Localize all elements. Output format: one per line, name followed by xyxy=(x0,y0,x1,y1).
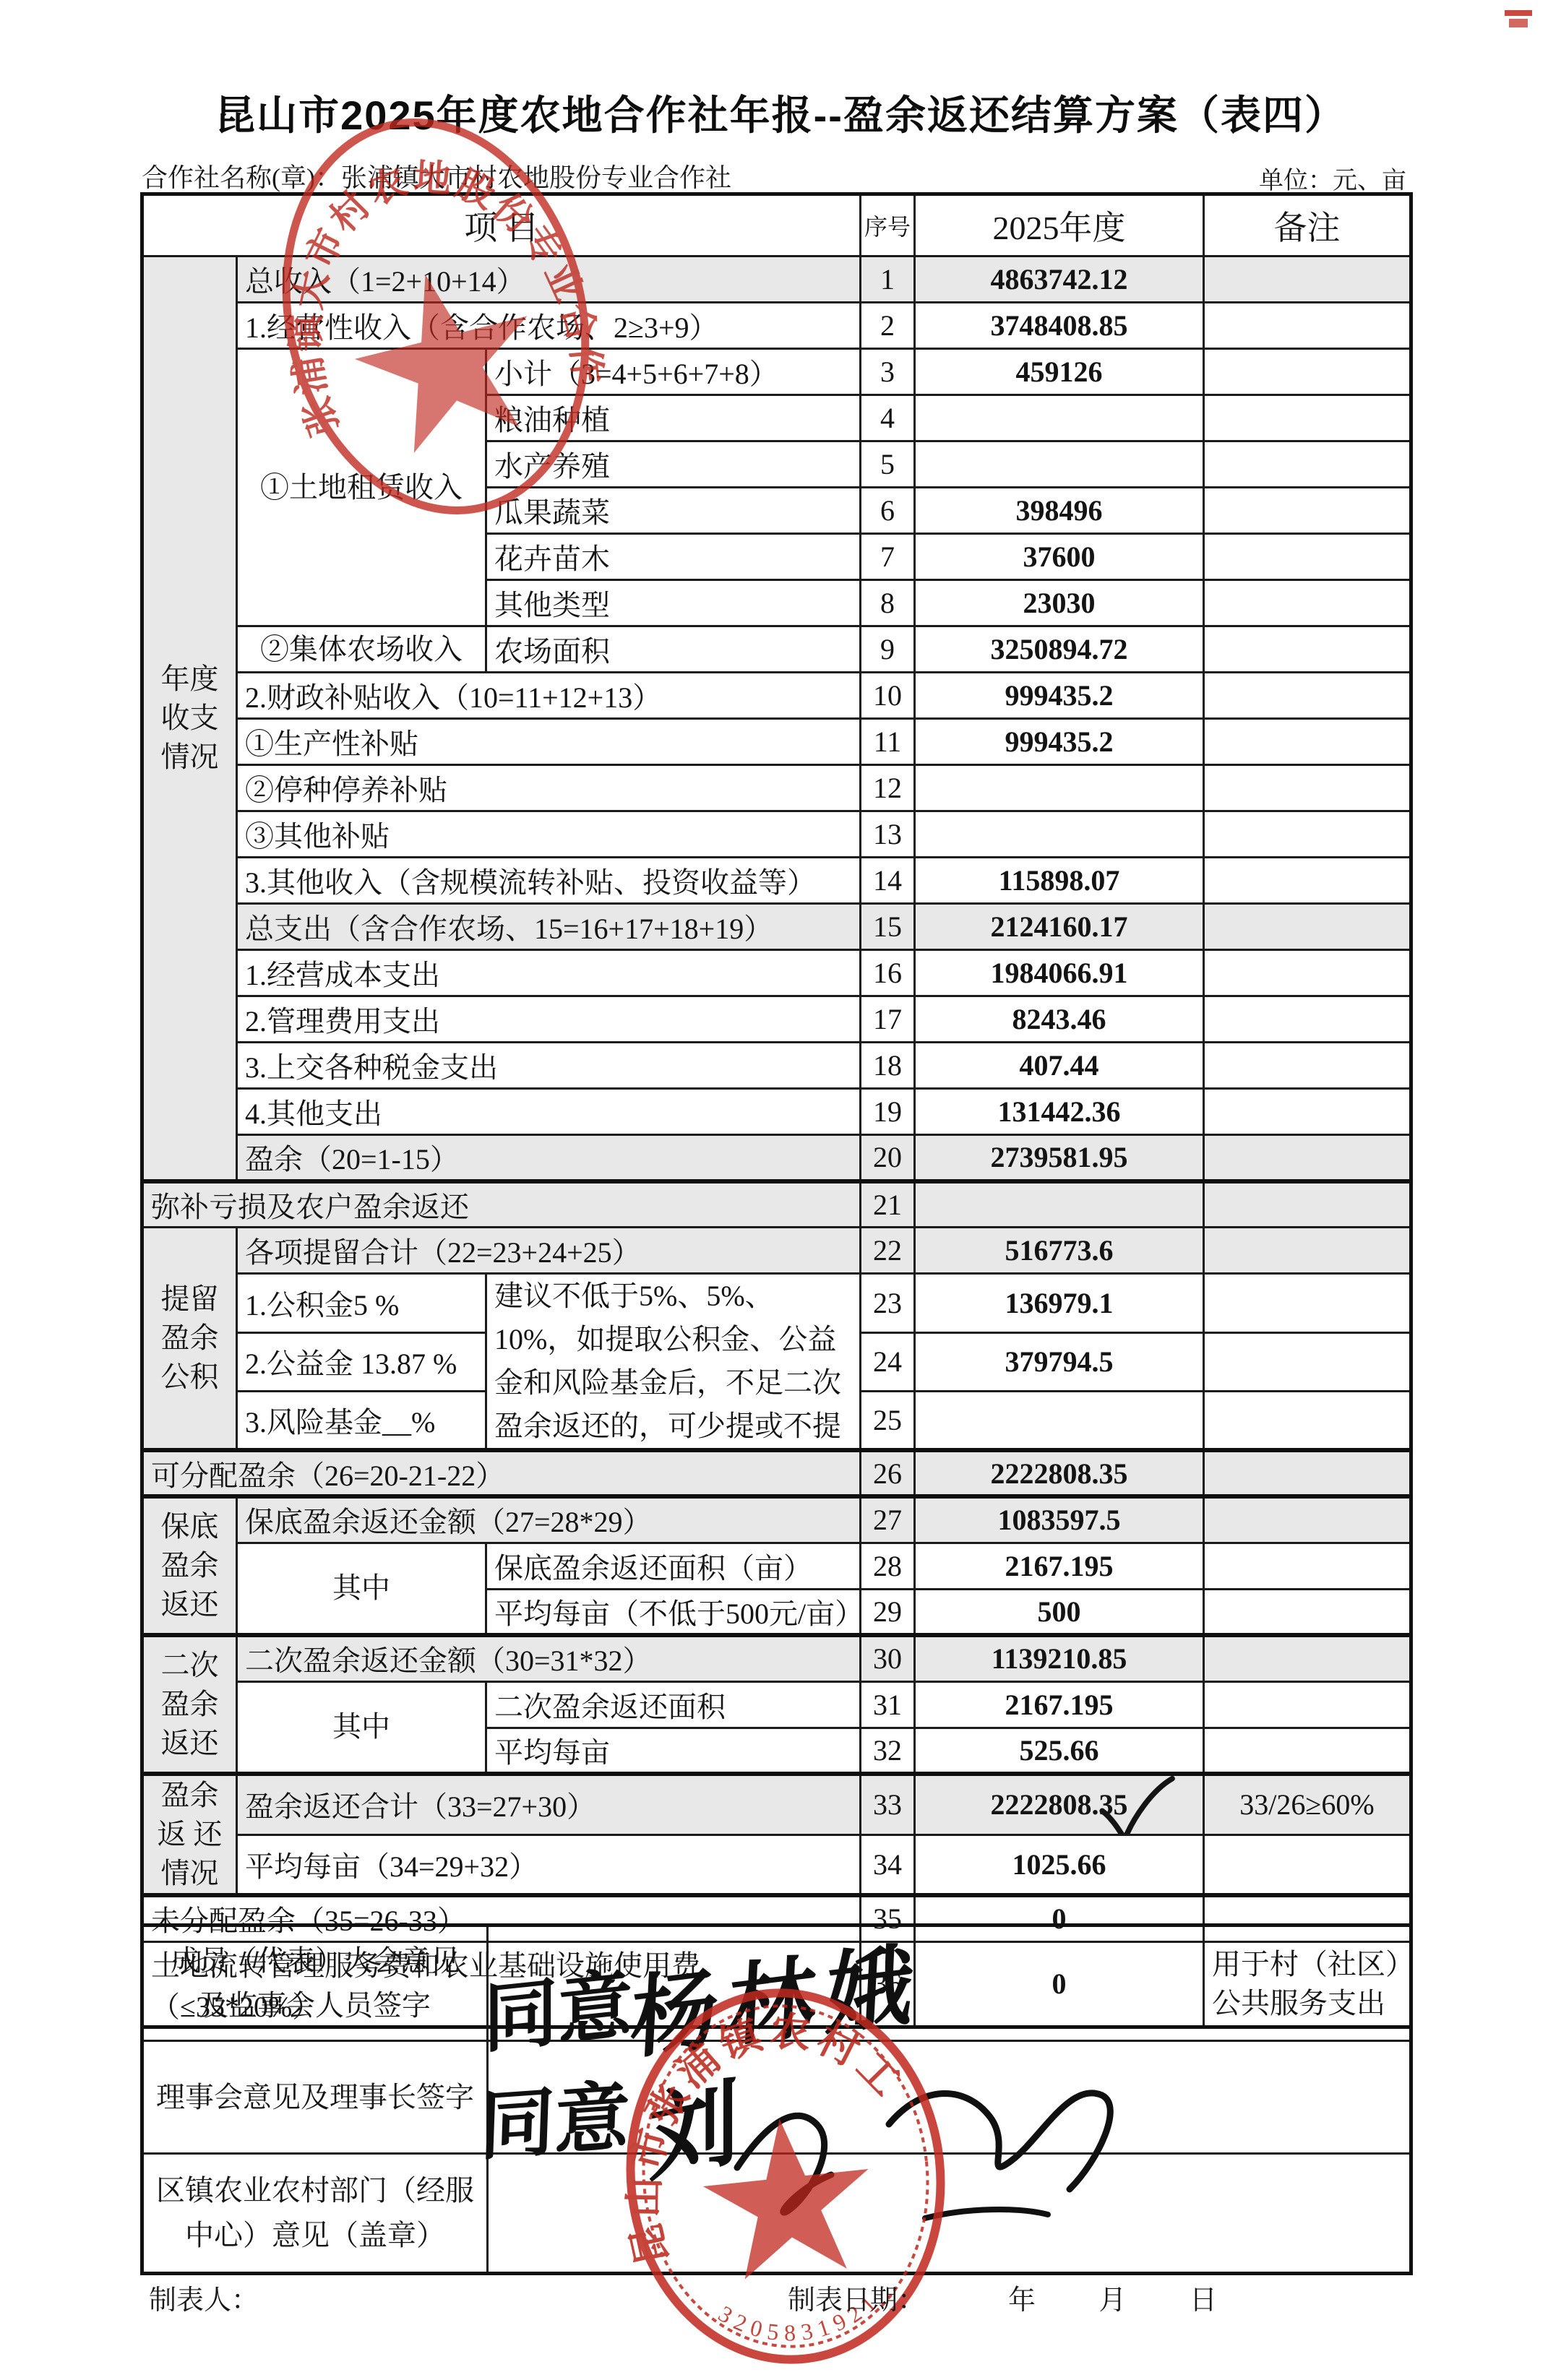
row-value: 459126 xyxy=(915,349,1204,395)
row-remark xyxy=(1204,488,1411,534)
row-label: 平均每亩（34=29+32） xyxy=(237,1834,861,1895)
row-remark xyxy=(1204,534,1411,580)
table-row: ③其他补贴 13 xyxy=(142,811,1411,858)
row-no: 6 xyxy=(861,488,915,534)
row-no: 28 xyxy=(861,1543,915,1589)
row-value: 2222808.35 xyxy=(915,1450,1204,1496)
row-value: 1139210.85 xyxy=(915,1635,1204,1681)
table-row: 平均每亩（34=29+32） 34 1025.66 xyxy=(142,1834,1411,1895)
retention-note: 建议不低于5%、5%、10%，如提取公积金、公益金和风险基金后，不足二次盈余返还… xyxy=(486,1274,861,1451)
row-no: 14 xyxy=(861,858,915,904)
row-remark xyxy=(1204,1635,1411,1681)
row-value: 2124160.17 xyxy=(915,904,1204,950)
row-label: 盈余返还合计（33=27+30） xyxy=(237,1774,861,1834)
row-value: 516773.6 xyxy=(915,1228,1204,1274)
row-label: 保底盈余返还金额（27=28*29） xyxy=(237,1496,861,1543)
row-remark xyxy=(1204,765,1411,811)
row-remark xyxy=(1204,1834,1411,1895)
corner-red-mark-icon xyxy=(1503,9,1534,30)
row-no: 26 xyxy=(861,1450,915,1496)
row-label: 农场面积 xyxy=(486,626,861,673)
row-no: 13 xyxy=(861,811,915,858)
row-remark xyxy=(1204,1228,1411,1274)
table-row: 3.其他收入（含规模流转补贴、投资收益等） 14 115898.07 xyxy=(142,858,1411,904)
table-row: 1.经营成本支出 16 1984066.91 xyxy=(142,950,1411,996)
row-no: 21 xyxy=(861,1181,915,1228)
table-row: 弥补亏损及农户盈余返还 21 xyxy=(142,1181,1411,1228)
year-month-day-label: 年 月 日 xyxy=(1008,2277,1217,2317)
row-value: 2222808.35 xyxy=(915,1774,1204,1834)
row-value: 37600 xyxy=(915,534,1204,580)
table-maker-label: 制表人： xyxy=(149,2277,259,2317)
row-label: 3.风险基金__% xyxy=(237,1392,486,1451)
row-label: 平均每亩 xyxy=(486,1728,861,1774)
row-remark xyxy=(1204,349,1411,395)
row-no: 22 xyxy=(861,1228,915,1274)
row-remark xyxy=(1204,1043,1411,1089)
row-remark xyxy=(1204,950,1411,996)
row-value: 2167.195 xyxy=(915,1681,1204,1728)
row-no: 18 xyxy=(861,1043,915,1089)
row-no: 25 xyxy=(861,1392,915,1451)
row-label: 平均每亩（不低于500元/亩） xyxy=(486,1589,861,1635)
row-no: 33 xyxy=(861,1774,915,1834)
row-no: 24 xyxy=(861,1332,915,1392)
row-no: 8 xyxy=(861,580,915,626)
table-row: 4.其他支出 19 131442.36 xyxy=(142,1089,1411,1135)
row-label: 1.公积金5 % xyxy=(237,1274,486,1333)
row-remark xyxy=(1204,1089,1411,1135)
row-remark xyxy=(1204,256,1411,303)
row-value: 525.66 xyxy=(915,1728,1204,1774)
row-remark xyxy=(1204,673,1411,719)
row-no: 9 xyxy=(861,626,915,673)
row-remark xyxy=(1204,1681,1411,1728)
row-no: 4 xyxy=(861,395,915,441)
row-no: 5 xyxy=(861,441,915,488)
row-value xyxy=(915,441,1204,488)
table-date-label: 制表日期： xyxy=(788,2277,925,2317)
row-value: 1984066.91 xyxy=(915,950,1204,996)
row-remark xyxy=(1204,1274,1411,1333)
star-icon xyxy=(697,2110,878,2282)
row-label: 可分配盈余（26=20-21-22） xyxy=(142,1450,861,1496)
row-remark xyxy=(1204,719,1411,765)
row-label: 2.管理费用支出 xyxy=(237,996,861,1043)
scanned-form-page: 昆山市2025年度农地合作社年报--盈余返还结算方案（表四） 合作社名称(章)：… xyxy=(0,0,1561,2380)
group-among-floor: 其中 xyxy=(237,1543,486,1635)
group-floor-surplus-return: 保底 盈余 返还 xyxy=(142,1496,237,1635)
unit-label: 单位：元、亩 xyxy=(1259,160,1406,196)
table-row: 总支出（含合作农场、15=16+17+18+19） 15 2124160.17 xyxy=(142,904,1411,950)
row-value: 398496 xyxy=(915,488,1204,534)
row-no: 23 xyxy=(861,1274,915,1333)
table-row: 二次 盈余 返还 二次盈余返还金额（30=31*32） 30 1139210.8… xyxy=(142,1635,1411,1681)
handwriting-council-agree: 同意 xyxy=(478,2055,632,2174)
table-row: 2.管理费用支出 17 8243.46 xyxy=(142,996,1411,1043)
row-label: 各项提留合计（22=23+24+25） xyxy=(237,1228,861,1274)
group-second-surplus-return: 二次 盈余 返还 xyxy=(142,1635,237,1774)
row-value: 407.44 xyxy=(915,1043,1204,1089)
group-annual-income-expense: 年度 收支 情况 xyxy=(142,256,237,1181)
row-value: 3748408.85 xyxy=(915,303,1204,349)
row-no: 2 xyxy=(861,303,915,349)
row-remark xyxy=(1204,1450,1411,1496)
row-remark xyxy=(1204,1135,1411,1181)
handwritten-checkmark-icon xyxy=(1091,1774,1177,1834)
row-no: 3 xyxy=(861,349,915,395)
department-label: 区镇农业农村部门（经服 中心）意见（盖章） xyxy=(142,2154,488,2274)
row-label: ③其他补贴 xyxy=(237,811,861,858)
row-label: 二次盈余返还金额（30=31*32） xyxy=(237,1635,861,1681)
row-value: 2167.195 xyxy=(915,1543,1204,1589)
row-label: 2.财政补贴收入（10=11+12+13） xyxy=(237,673,861,719)
table-row: 提留 盈余 公积 各项提留合计（22=23+24+25） 22 516773.6 xyxy=(142,1228,1411,1274)
row-label: 弥补亏损及农户盈余返还 xyxy=(142,1181,861,1228)
row-no: 15 xyxy=(861,904,915,950)
members-meeting-label: 成员（代表）大会意见 及监事会人员签字 xyxy=(142,1926,488,2041)
row-value xyxy=(915,1392,1204,1451)
page-title: 昆山市2025年度农地合作社年报--盈余返还结算方案（表四） xyxy=(0,84,1561,142)
row-no: 32 xyxy=(861,1728,915,1774)
row-no: 11 xyxy=(861,719,915,765)
row-remark xyxy=(1204,1496,1411,1543)
row-label: 盈余（20=1-15） xyxy=(237,1135,861,1181)
row-value: 1025.66 xyxy=(915,1834,1204,1895)
row-no: 19 xyxy=(861,1089,915,1135)
group-among-second: 其中 xyxy=(237,1681,486,1774)
table-row: 可分配盈余（26=20-21-22） 26 2222808.35 xyxy=(142,1450,1411,1496)
row-no: 20 xyxy=(861,1135,915,1181)
row-no: 31 xyxy=(861,1681,915,1728)
table-row: 其中 保底盈余返还面积（亩） 28 2167.195 xyxy=(142,1543,1411,1589)
star-icon xyxy=(339,253,553,462)
row-no: 7 xyxy=(861,534,915,580)
row-no: 1 xyxy=(861,256,915,303)
row-label: 1.经营成本支出 xyxy=(237,950,861,996)
row-remark xyxy=(1204,1392,1411,1451)
row-value xyxy=(915,811,1204,858)
row-value: 8243.46 xyxy=(915,996,1204,1043)
row-remark xyxy=(1204,626,1411,673)
row-value: 500 xyxy=(915,1589,1204,1635)
council-label: 理事会意见及理事长签字 xyxy=(142,2041,488,2154)
row-value: 379794.5 xyxy=(915,1332,1204,1392)
row-value xyxy=(915,765,1204,811)
row-value: 115898.07 xyxy=(915,858,1204,904)
row-label: 4.其他支出 xyxy=(237,1089,861,1135)
col-header-year: 2025年度 xyxy=(915,194,1204,256)
row-no: 27 xyxy=(861,1496,915,1543)
row-value: 4863742.12 xyxy=(915,256,1204,303)
handwriting-member-agree: 同意 xyxy=(483,1943,633,2068)
row-remark: 33/26≥60% xyxy=(1204,1774,1411,1834)
cooperative-round-seal: 张浦镇大市村农地股份专业合作社 xyxy=(273,92,606,533)
row-label: 保底盈余返还面积（亩） xyxy=(486,1543,861,1589)
row-value: 131442.36 xyxy=(915,1089,1204,1135)
row-label: ②停种停养补贴 xyxy=(237,765,861,811)
row-no: 17 xyxy=(861,996,915,1043)
row-no: 30 xyxy=(861,1635,915,1681)
row-value: 136979.1 xyxy=(915,1274,1204,1333)
row-label: 二次盈余返还面积 xyxy=(486,1681,861,1728)
row-remark xyxy=(1204,996,1411,1043)
row-no: 34 xyxy=(861,1834,915,1895)
row-value xyxy=(915,395,1204,441)
row-remark xyxy=(1204,580,1411,626)
table-row: ②集体农场收入 农场面积 9 3250894.72 xyxy=(142,626,1411,673)
row-value: 999435.2 xyxy=(915,719,1204,765)
row-no: 12 xyxy=(861,765,915,811)
row-value: 999435.2 xyxy=(915,673,1204,719)
table-row: 盈余（20=1-15） 20 2739581.95 xyxy=(142,1135,1411,1181)
table-row: ②停种停养补贴 12 xyxy=(142,765,1411,811)
row-remark xyxy=(1204,1728,1411,1774)
row-remark xyxy=(1204,858,1411,904)
table-row: 其中 二次盈余返还面积 31 2167.195 xyxy=(142,1681,1411,1728)
department-round-seal: 昆山市张浦镇农村工 3205831921 xyxy=(616,1981,963,2380)
row-no: 29 xyxy=(861,1589,915,1635)
row-label: ①生产性补贴 xyxy=(237,719,861,765)
row-remark xyxy=(1204,904,1411,950)
row-remark xyxy=(1204,395,1411,441)
row-remark xyxy=(1204,811,1411,858)
group-collective-farm-income: ②集体农场收入 xyxy=(237,626,486,673)
table-row: 1.公积金5 % 建议不低于5%、5%、10%，如提取公积金、公益金和风险基金后… xyxy=(142,1274,1411,1333)
row-no: 16 xyxy=(861,950,915,996)
group-retained-surplus-fund: 提留 盈余 公积 xyxy=(142,1228,237,1451)
row-label: 2.公益金 13.87 % xyxy=(237,1332,486,1392)
row-value: 23030 xyxy=(915,580,1204,626)
row-value: 3250894.72 xyxy=(915,626,1204,673)
row-value: 1083597.5 xyxy=(915,1496,1204,1543)
row-label: 花卉苗木 xyxy=(486,534,861,580)
table-row: 盈余返 还情况 盈余返还合计（33=27+30） 33 2222808.35 3… xyxy=(142,1774,1411,1834)
table-row: 保底 盈余 返还 保底盈余返还金额（27=28*29） 27 1083597.5 xyxy=(142,1496,1411,1543)
row-label: 3.其他收入（含规模流转补贴、投资收益等） xyxy=(237,858,861,904)
col-header-no: 序号 xyxy=(861,194,915,256)
row-remark xyxy=(1204,1181,1411,1228)
row-remark xyxy=(1204,1543,1411,1589)
row-label: 3.上交各种税金支出 xyxy=(237,1043,861,1089)
row-remark xyxy=(1204,441,1411,488)
row-label: 其他类型 xyxy=(486,580,861,626)
row-remark xyxy=(1204,1332,1411,1392)
row-label: 总支出（含合作农场、15=16+17+18+19） xyxy=(237,904,861,950)
row-no: 10 xyxy=(861,673,915,719)
row-value xyxy=(915,1181,1204,1228)
col-header-remark: 备注 xyxy=(1204,194,1411,256)
table-row: 3.上交各种税金支出 18 407.44 xyxy=(142,1043,1411,1089)
table-row: 2.财政补贴收入（10=11+12+13） 10 999435.2 xyxy=(142,673,1411,719)
row-value: 2739581.95 xyxy=(915,1135,1204,1181)
table-row: ①生产性补贴 11 999435.2 xyxy=(142,719,1411,765)
row-remark xyxy=(1204,1589,1411,1635)
group-surplus-return-status: 盈余返 还情况 xyxy=(142,1774,237,1895)
row-remark xyxy=(1204,303,1411,349)
